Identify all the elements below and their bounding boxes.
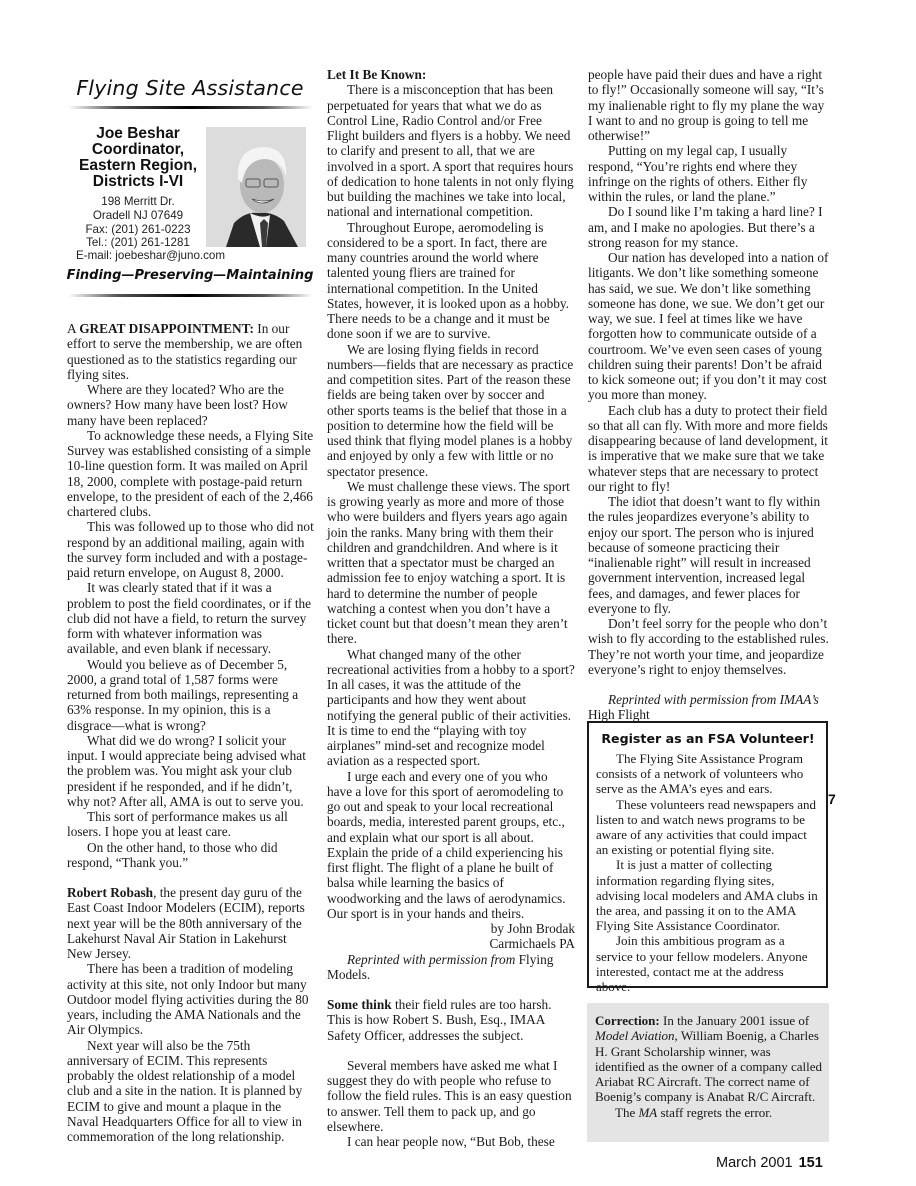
- portrait-photo: [206, 127, 306, 247]
- paragraph: Putting on my legal cap, I usually respo…: [588, 143, 832, 204]
- contact-email: E-mail: joebeshar@juno.com: [76, 249, 276, 262]
- paragraph: Where are they located? Who are the owne…: [67, 382, 315, 428]
- paragraph: There is a misconception that has been p…: [327, 82, 575, 219]
- section-title: Flying Site Assistance: [66, 76, 314, 100]
- correction-label: Correction:: [595, 1013, 660, 1028]
- register-box-title: Register as an FSA Volunteer!: [596, 731, 820, 746]
- paragraph: Some think their field rules are too har…: [327, 997, 575, 1043]
- title-divider: [68, 106, 313, 109]
- tagline: Finding—Preserving—Maintaining: [66, 268, 314, 283]
- page-number: 151: [799, 1155, 823, 1171]
- paragraph: Several members have asked me what I sug…: [327, 1058, 575, 1134]
- paragraph: A GREAT DISAPPOINTMENT: In our effort to…: [67, 321, 315, 382]
- paragraph: We must challenge these views. The sport…: [327, 479, 575, 647]
- lead-in-bold: Robert Robash: [67, 885, 153, 900]
- paragraph: Do I sound like I’m taking a hard line? …: [588, 204, 832, 250]
- paragraph: people have paid their dues and have a r…: [588, 67, 832, 143]
- paragraph: Robert Robash, the present day guru of t…: [67, 885, 315, 961]
- byline-location: Carmichaels PA: [327, 936, 575, 951]
- correction-text: Correction: In the January 2001 issue of…: [595, 1013, 823, 1105]
- paragraph: Throughout Europe, aeromodeling is consi…: [327, 220, 575, 342]
- paragraph: Don’t feel sorry for the people who don’…: [588, 616, 832, 677]
- stray-glyph: 7: [828, 791, 836, 807]
- column-2: Let It Be Known: There is a misconceptio…: [327, 67, 575, 1149]
- lead-in-bold: Some think: [327, 997, 392, 1012]
- byline: by John Brodak: [327, 921, 575, 936]
- coordinator-name-block: Joe Beshar Coordinator, Eastern Region, …: [68, 126, 208, 190]
- paragraph: The idiot that doesn’t want to fly withi…: [588, 494, 832, 616]
- column-3: people have paid their dues and have a r…: [588, 67, 832, 723]
- coordinator-role: Coordinator,: [68, 142, 208, 158]
- paragraph: There has been a tradition of modeling a…: [67, 961, 315, 1037]
- paragraph: Each club has a duty to protect their fi…: [588, 403, 832, 495]
- reprint-credit: Reprinted with permission from Flying Mo…: [327, 952, 575, 983]
- issue-date: March 2001: [716, 1155, 793, 1171]
- lead-in-bold: GREAT DISAPPOINTMENT:: [79, 321, 254, 336]
- paragraph: It was clearly stated that if it was a p…: [67, 580, 315, 656]
- tagline-divider: [68, 294, 313, 297]
- page-footer: March 2001151: [716, 1155, 823, 1171]
- register-volunteer-box: Register as an FSA Volunteer! The Flying…: [587, 721, 828, 988]
- paragraph: I urge each and every one of you who hav…: [327, 769, 575, 922]
- contact-address: 198 Merritt Dr. Oradell NJ 07649 Fax: (2…: [68, 195, 208, 250]
- paragraph: The Flying Site Assistance Program consi…: [596, 751, 820, 797]
- column-1: A GREAT DISAPPOINTMENT: In our effort to…: [67, 321, 315, 1144]
- paragraph: Would you believe as of December 5, 2000…: [67, 657, 315, 733]
- paragraph: These volunteers read newspapers and lis…: [596, 797, 820, 858]
- coordinator-name: Joe Beshar: [68, 126, 208, 142]
- coordinator-region: Eastern Region,: [68, 158, 208, 174]
- paragraph: Our nation has developed into a nation o…: [588, 250, 832, 403]
- paragraph: Next year will also be the 75th annivers…: [67, 1038, 315, 1145]
- paragraph: It is just a matter of collecting inform…: [596, 857, 820, 933]
- reprint-credit: Reprinted with permission from IMAA’s: [588, 692, 832, 707]
- address-fax: Fax: (201) 261-0223: [68, 223, 208, 237]
- paragraph: On the other hand, to those who did resp…: [67, 840, 315, 871]
- portrait-icon: [206, 127, 306, 247]
- paragraph: We are losing flying fields in record nu…: [327, 342, 575, 479]
- address-city: Oradell NJ 07649: [68, 209, 208, 223]
- address-street: 198 Merritt Dr.: [68, 195, 208, 209]
- correction-box: Correction: In the January 2001 issue of…: [587, 1003, 829, 1142]
- coordinator-districts: Districts I-VI: [68, 174, 208, 190]
- paragraph: I can hear people now, “But Bob, these: [327, 1134, 575, 1149]
- article-heading: Let It Be Known:: [327, 67, 575, 82]
- magazine-name: Model Aviation,: [595, 1028, 678, 1043]
- paragraph: What did we do wrong? I solicit your inp…: [67, 733, 315, 809]
- paragraph: This sort of performance makes us all lo…: [67, 809, 315, 840]
- paragraph: Join this ambitious program as a service…: [596, 933, 820, 994]
- correction-apology: The MA staff regrets the error.: [595, 1105, 823, 1120]
- paragraph: To acknowledge these needs, a Flying Sit…: [67, 428, 315, 520]
- paragraph: What changed many of the other recreatio…: [327, 647, 575, 769]
- paragraph: This was followed up to those who did no…: [67, 519, 315, 580]
